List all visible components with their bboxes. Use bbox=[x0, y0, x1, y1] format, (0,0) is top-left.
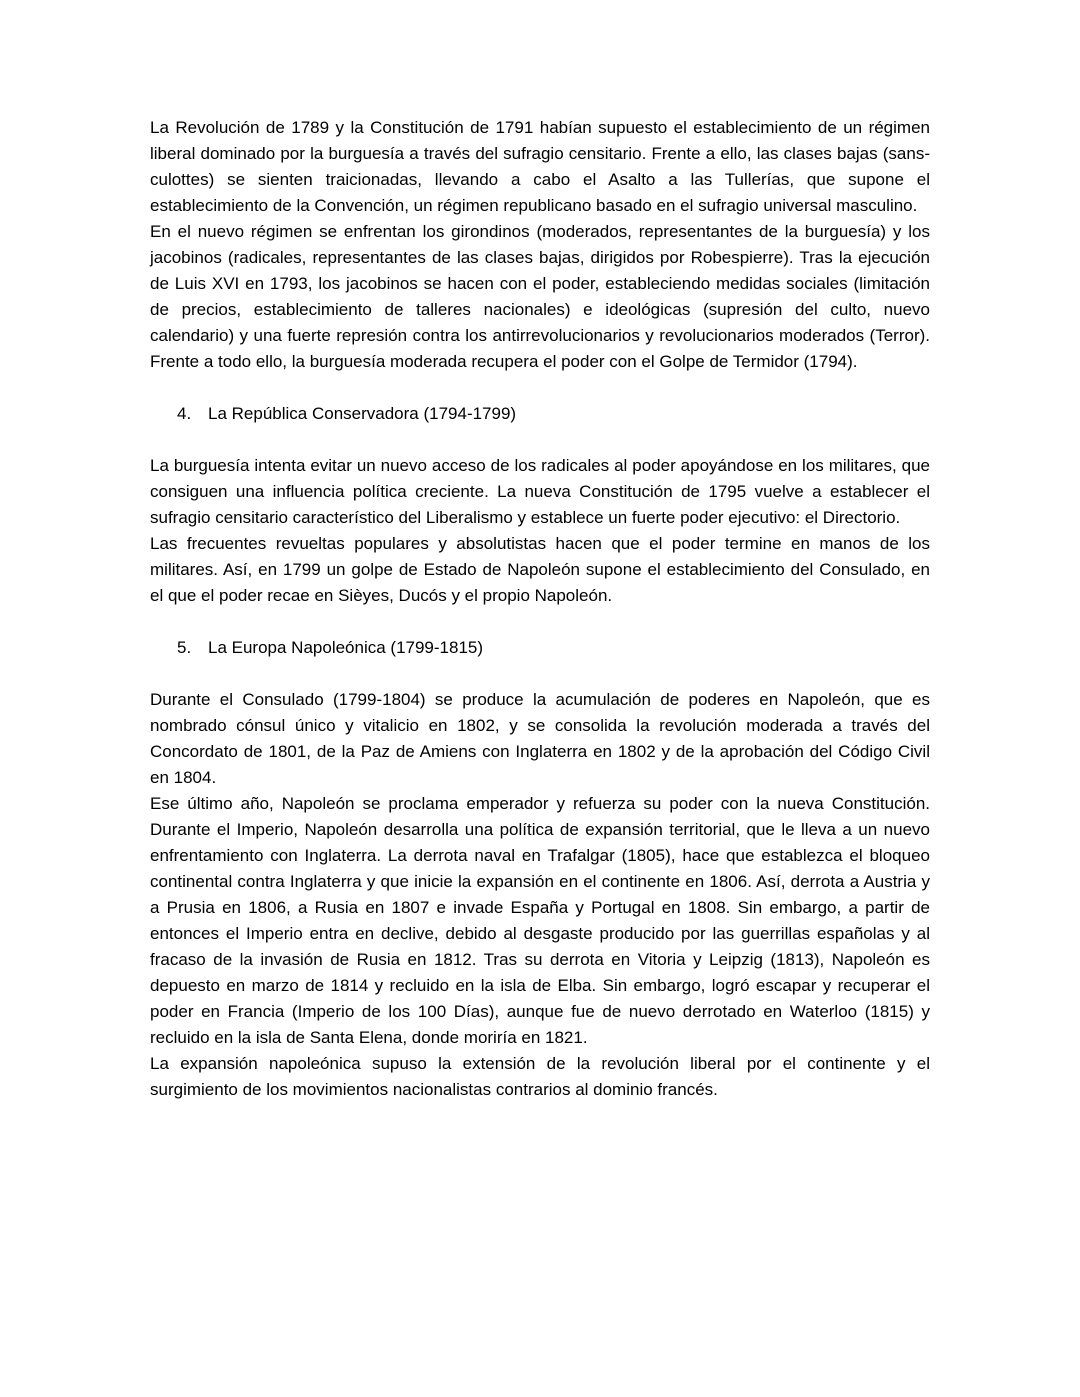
paragraph-consulado-1799-1804: Durante el Consulado (1799-1804) se prod… bbox=[150, 687, 930, 791]
paragraph-revueltas-consulado: Las frecuentes revueltas populares y abs… bbox=[150, 531, 930, 609]
section-heading-4: 4.La República Conservadora (1794-1799) bbox=[150, 401, 930, 427]
document-page: La Revolución de 1789 y la Constitución … bbox=[0, 0, 1080, 1397]
paragraph-revolution-1789: La Revolución de 1789 y la Constitución … bbox=[150, 115, 930, 219]
heading-title: La Europa Napoleónica (1799-1815) bbox=[208, 638, 483, 657]
heading-number: 4. bbox=[177, 401, 192, 427]
paragraph-imperio-napoleon: Ese último año, Napoleón se proclama emp… bbox=[150, 791, 930, 1051]
paragraph-burguesia-directorio: La burguesía intenta evitar un nuevo acc… bbox=[150, 453, 930, 531]
paragraph-girondinos-jacobinos: En el nuevo régimen se enfrentan los gir… bbox=[150, 219, 930, 375]
heading-number: 5. bbox=[177, 635, 192, 661]
section-heading-5: 5.La Europa Napoleónica (1799-1815) bbox=[150, 635, 930, 661]
paragraph-expansion-napoleonica: La expansión napoleónica supuso la exten… bbox=[150, 1051, 930, 1103]
heading-title: La República Conservadora (1794-1799) bbox=[208, 404, 516, 423]
